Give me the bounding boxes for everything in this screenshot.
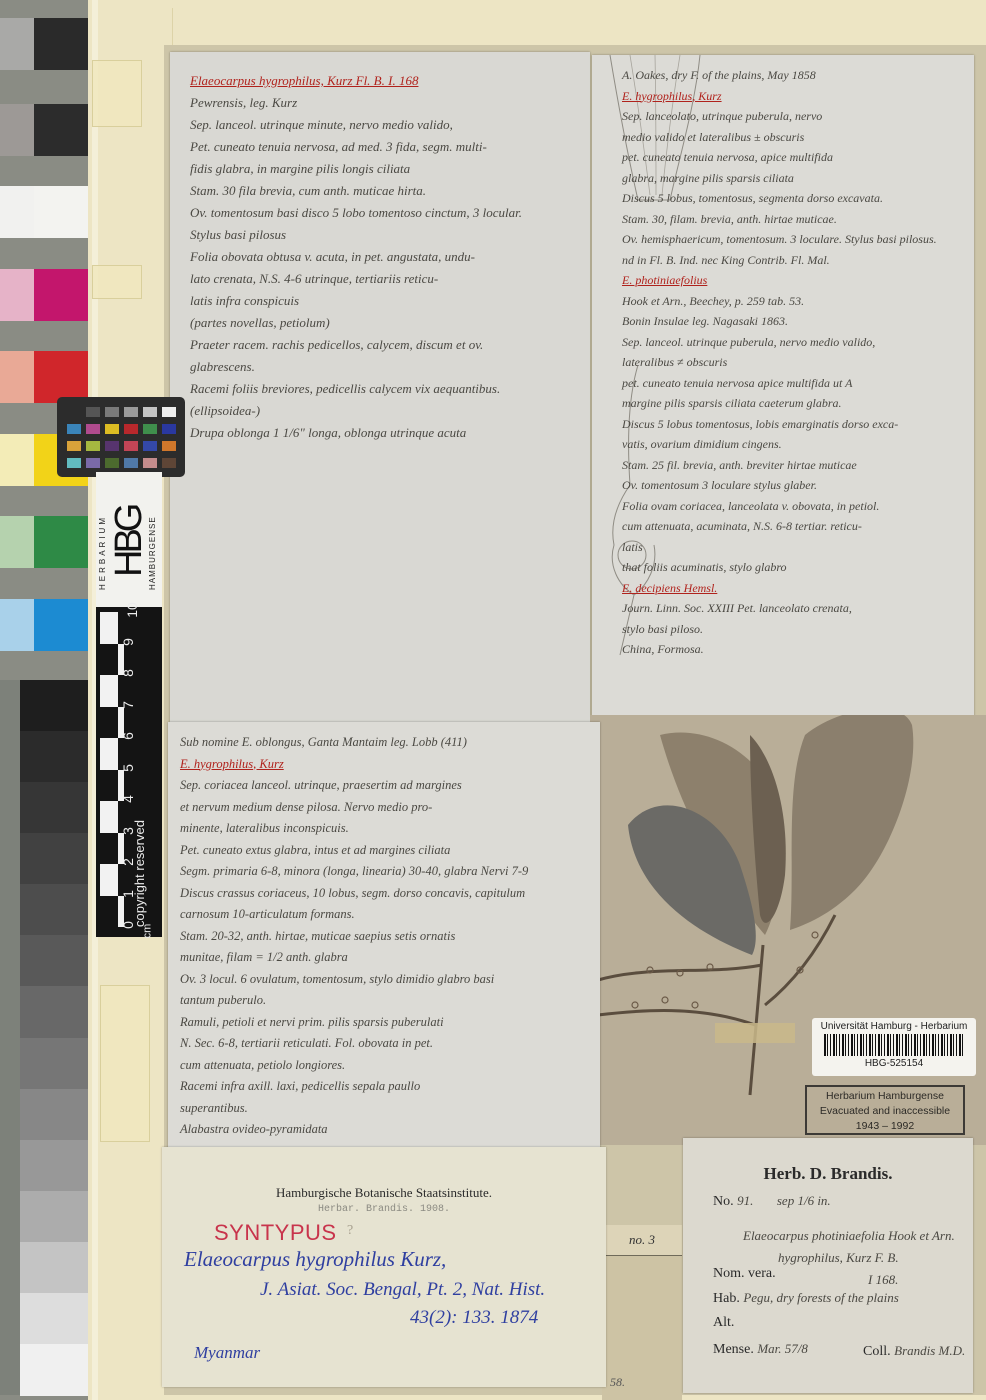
note-line: glabra, margine pilis sparsis ciliata <box>622 168 937 189</box>
gray-scale-step <box>20 986 92 1038</box>
note-line: Stam. 20-32, anth. hirtae, muticae saepi… <box>180 926 528 948</box>
note-line: Alabastra ovideo-pyramidata <box>180 1119 528 1141</box>
country: Myanmar <box>194 1343 260 1363</box>
note-line: et nervum medium dense pilosa. Nervo med… <box>180 797 528 819</box>
color-patch <box>0 18 34 70</box>
handwritten-notes: Elaeocarpus hygrophilus, Kurz Fl. B. I. … <box>190 70 522 444</box>
gray-scale-step <box>20 884 92 936</box>
note-line: Elaeocarpus hygrophilus, Kurz Fl. B. I. … <box>190 70 522 92</box>
herbarium-stamp: Herbar. Brandis. 1908. <box>162 1204 606 1215</box>
note-line: (partes novellas, petiolum) <box>190 312 522 334</box>
color-swatch <box>124 458 138 468</box>
note-line: N. Sec. 6-8, tertiarii reticulati. Fol. … <box>180 1033 528 1055</box>
ruler-tick-label: 9 <box>120 638 136 646</box>
stamp-line: Evacuated and inaccessible <box>807 1104 963 1119</box>
color-swatch <box>162 407 176 417</box>
note-line: E. hygrophilus, Kurz <box>622 86 937 107</box>
note-line: cum attenuata, petiolo longiores. <box>180 1055 528 1077</box>
ruler-tick-label: 1 <box>120 890 136 898</box>
gray-scale-step <box>20 1344 92 1396</box>
color-calibration-card <box>0 0 92 1400</box>
handwritten-notes: Sub nomine E. oblongus, Ganta Mantaim le… <box>180 732 528 1141</box>
note-line: Racemi foliis breviores, pedicellis caly… <box>190 378 522 400</box>
hbg-logo-icon: HBG <box>108 507 151 577</box>
gray-scale-step <box>20 1191 92 1243</box>
color-swatch <box>67 424 81 434</box>
note-line: Hook et Arn., Beechey, p. 259 tab. 53. <box>622 291 937 312</box>
citation-line-2: 43(2): 133. 1874 <box>410 1307 538 1329</box>
note-line: Segm. primaria 6-8, minora (longa, linea… <box>180 861 528 883</box>
note-line: Pet. cuneato extus glabra, intus et ad m… <box>180 840 528 862</box>
label-title: Herb. D. Brandis. <box>683 1164 973 1184</box>
note-line: medio valido et lateralibus ± obscuris <box>622 127 937 148</box>
ruler-tick-label: 5 <box>120 764 136 772</box>
color-swatch <box>67 458 81 468</box>
note-line: nd in Fl. B. Ind. nec King Contrib. Fl. … <box>622 250 937 271</box>
note-line: E. decipiens Hemsl. <box>622 578 937 599</box>
taxon-name: Elaeocarpus hygrophilus Kurz, <box>184 1247 446 1272</box>
gray-scale-step <box>20 833 92 885</box>
gray-scale-step <box>20 1242 92 1294</box>
color-patch <box>34 516 92 568</box>
note-line: Pewrensis, leg. Kurz <box>190 92 522 114</box>
note-line: vatis, ovarium dimidium cingens. <box>622 434 937 455</box>
leafy-branch-icon <box>590 715 986 1145</box>
field-value: Mar. 57/8 <box>757 1341 808 1356</box>
collector-label: Herb. D. Brandis. No. 91. sep 1/6 in. El… <box>683 1138 973 1393</box>
note-line: tantum puberulo. <box>180 990 528 1012</box>
ruler-segment <box>100 675 118 707</box>
type-status-query: ? <box>347 1223 353 1239</box>
color-swatch <box>143 424 157 434</box>
ruler-tick-label: 7 <box>120 701 136 709</box>
stamp-line: Herbarium Hamburgense <box>807 1089 963 1104</box>
note-line: latis infra conspicuis <box>190 290 522 312</box>
note-line: Folia ovam coriacea, lanceolata v. obova… <box>622 496 937 517</box>
note-line: fidis glabra, in margine pilis longis ci… <box>190 158 522 180</box>
institution-top: HERBARIUM <box>98 515 107 590</box>
color-patch <box>34 599 92 651</box>
note-line: Ov. 3 locul. 6 ovulatum, tomentosum, sty… <box>180 969 528 991</box>
ruler-segment <box>118 644 124 676</box>
note-line: Folia obovata obtusa v. acuta, in pet. a… <box>190 246 522 268</box>
ruler-segment <box>118 770 124 802</box>
dried-plant-specimen <box>590 715 986 1145</box>
note-line: glabrescens. <box>190 356 522 378</box>
color-patch <box>0 104 34 156</box>
ruler-segment <box>118 896 124 928</box>
field-value: Pegu, dry forests of the plains <box>743 1290 899 1305</box>
note-line: carnosum 10-articulatum formans. <box>180 904 528 926</box>
color-swatch <box>105 424 119 434</box>
note-line: Sub nomine E. oblongus, Ganta Mantaim le… <box>180 732 528 754</box>
color-patch <box>34 186 92 238</box>
tape-strip <box>100 985 150 1142</box>
stamp-line: 1943 – 1992 <box>807 1119 963 1134</box>
note-line: minente, lateralibus inconspicuis. <box>180 818 528 840</box>
packet-number: no. 3 <box>602 1225 682 1256</box>
ruler-segment <box>100 801 118 833</box>
ruler-tick-label: 3 <box>120 827 136 835</box>
color-swatch <box>67 441 81 451</box>
color-swatch <box>105 407 119 417</box>
altitude-label: Alt. <box>713 1315 734 1331</box>
color-swatch <box>86 441 100 451</box>
herbarium-logo-tag: HERBARIUM HBG HAMBURGENSE <box>96 472 162 607</box>
month-row: Mense. Mar. 57/8 <box>713 1341 808 1358</box>
ruler-segment <box>100 612 118 644</box>
barcode-institution: Universität Hamburg - Herbarium <box>812 1021 976 1032</box>
gray-scale-step <box>20 1293 92 1345</box>
note-line: that foliis acuminatis, stylo glabro <box>622 557 937 578</box>
annotation-packet-top-left: Elaeocarpus hygrophilus, Kurz Fl. B. I. … <box>170 52 590 722</box>
note-line: Pet. cuneato tenuia nervosa, ad med. 3 f… <box>190 136 522 158</box>
gray-scale-step <box>20 935 92 987</box>
color-patch <box>0 269 34 321</box>
color-patch-row <box>0 18 92 70</box>
ruler-unit: cm <box>141 924 153 939</box>
color-patch <box>34 18 92 70</box>
color-swatch <box>162 458 176 468</box>
field-label: Mense. <box>713 1342 754 1357</box>
field-label: Hab. <box>713 1291 740 1306</box>
note-line: munitae, filam = 1/2 anth. glabra <box>180 947 528 969</box>
note-line: pet. cuneato tenuia nervosa, apice multi… <box>622 147 937 168</box>
note-line: lateralibus ≠ obscuris <box>622 352 937 373</box>
field-value: 91. <box>737 1193 753 1208</box>
gray-scale-step <box>20 731 92 783</box>
note-line: Ov. tomentosum basi disco 5 lobo tomento… <box>190 202 522 224</box>
evacuation-stamp: Herbarium Hamburgense Evacuated and inac… <box>805 1085 965 1135</box>
habitat-row: Hab. Pegu, dry forests of the plains <box>713 1290 899 1307</box>
note-line: E. photiniaefolius <box>622 270 937 291</box>
ruler-segment <box>118 707 124 739</box>
note-line: Stam. 30 fila brevia, cum anth. muticae … <box>190 180 522 202</box>
institution-bottom: HAMBURGENSE <box>148 516 157 590</box>
note-line: Stylus basi pilosus <box>190 224 522 246</box>
nom-vera-label: Nom. vera. <box>713 1266 776 1282</box>
type-status-stamp: SYNTYPUS <box>214 1220 337 1246</box>
note-line: margine pilis sparsis ciliata caeterum g… <box>622 393 937 414</box>
note-line: E. hygrophilus, Kurz <box>180 754 528 776</box>
annotation-packet-bottom-left: Sub nomine E. oblongus, Ganta Mantaim le… <box>168 722 600 1152</box>
color-patch-row <box>0 186 92 238</box>
barcode-id: HBG-525154 <box>812 1058 976 1069</box>
color-patch <box>34 269 92 321</box>
note-line: Sep. coriacea lanceol. utrinque, praeser… <box>180 775 528 797</box>
color-checker-chart <box>57 397 185 477</box>
color-swatch <box>86 407 100 417</box>
color-swatch <box>105 441 119 451</box>
note-line: superantibus. <box>180 1098 528 1120</box>
color-swatch <box>105 458 119 468</box>
gray-scale-step <box>20 782 92 834</box>
gray-scale-step <box>20 680 92 732</box>
note-line: cum attenuata, acuminata, N.S. 6-8 terti… <box>622 516 937 537</box>
type-specimen-label: Hamburgische Botanische Staatsinstitute.… <box>162 1147 606 1387</box>
color-patch <box>0 351 34 403</box>
note-line: latis <box>622 537 937 558</box>
note-line: Sep. lanceol. utrinque minute, nervo med… <box>190 114 522 136</box>
note-line: Stam. 25 fil. brevia, anth. breviter hir… <box>622 455 937 476</box>
taxon-name-line-3: I 168. <box>868 1272 898 1288</box>
ruler-segment <box>118 833 124 865</box>
citation-line-1: J. Asiat. Soc. Bengal, Pt. 2, Nat. Hist. <box>260 1279 545 1301</box>
note-line: (ellipsoidea-) <box>190 400 522 422</box>
note-line: Discus 5 lobus tomentosus, lobis emargin… <box>622 414 937 435</box>
packet-number-tag: no. 3 58. <box>602 1225 682 1400</box>
note-line: Ov. hemisphaericum, tomentosum. 3 locula… <box>622 229 937 250</box>
gray-scale-border <box>0 680 20 1395</box>
tape-strip <box>92 60 142 127</box>
gray-scale-step <box>20 1089 92 1141</box>
color-swatch <box>124 441 138 451</box>
color-patch <box>0 599 34 651</box>
scale-ruler: copyright reserved 012345678910cm <box>96 607 162 937</box>
color-patch <box>34 351 92 403</box>
tape-strip <box>92 265 142 299</box>
note-line: pet. cuneato tenuia nervosa apice multif… <box>622 373 937 394</box>
field-note: sep 1/6 in. <box>777 1193 831 1208</box>
note-line: Discus 5 lobus, tomentosus, segmenta dor… <box>622 188 937 209</box>
color-patch-row <box>0 599 92 651</box>
note-line: Racemi infra axill. laxi, pedicellis sep… <box>180 1076 528 1098</box>
note-line: Sep. lanceol. utrinque puberula, nervo m… <box>622 332 937 353</box>
note-line: China, Formosa. <box>622 639 937 660</box>
gray-scale-step <box>20 1140 92 1192</box>
handwritten-notes: A. Oakes, dry F. of the plains, May 1858… <box>622 65 937 660</box>
field-value: Brandis M.D. <box>894 1343 965 1358</box>
note-line: stylo basi piloso. <box>622 619 937 640</box>
note-line: Ramuli, petioli et nervi prim. pilis spa… <box>180 1012 528 1034</box>
ruler-segment <box>100 864 118 896</box>
color-patch <box>0 516 34 568</box>
color-swatch <box>86 458 100 468</box>
barcode-label: Universität Hamburg - Herbarium HBG-5251… <box>812 1018 976 1076</box>
field-label: No. <box>713 1194 734 1209</box>
color-swatch <box>162 441 176 451</box>
color-swatch <box>143 458 157 468</box>
note-line: Praeter racem. rachis pedicellos, calyce… <box>190 334 522 356</box>
copyright-notice: copyright reserved <box>132 820 147 927</box>
note-line: Drupa oblonga 1 1/6" longa, oblonga utri… <box>190 422 522 444</box>
barcode-icon <box>824 1034 964 1056</box>
note-line: Discus crassus coriaceus, 10 lobus, segm… <box>180 883 528 905</box>
taxon-name-line-1: Elaeocarpus photiniaefolia Hook et Arn. <box>743 1228 955 1244</box>
color-swatch <box>143 441 157 451</box>
taxon-name-line-2: hygrophilus, Kurz F. B. <box>778 1250 899 1266</box>
annotation-packet-top-right: A. Oakes, dry F. of the plains, May 1858… <box>592 55 974 717</box>
note-line: Stam. 30, filam. brevia, anth. hirtae mu… <box>622 209 937 230</box>
color-patch <box>0 186 34 238</box>
color-swatch <box>162 424 176 434</box>
note-line: Ov. tomentosum 3 loculare stylus glaber. <box>622 475 937 496</box>
color-patch-row <box>0 516 92 568</box>
ruler-segment <box>100 738 118 770</box>
color-patch-row <box>0 269 92 321</box>
note-line: lato crenata, N.S. 4-6 utrinque, tertiar… <box>190 268 522 290</box>
collector-row: Coll. Brandis M.D. <box>863 1343 965 1360</box>
color-swatch <box>143 407 157 417</box>
color-swatch <box>67 407 81 417</box>
color-patch <box>34 104 92 156</box>
color-swatch <box>124 407 138 417</box>
label-number-row: No. 91. sep 1/6 in. <box>713 1193 831 1210</box>
color-swatch <box>86 424 100 434</box>
color-patch-row <box>0 104 92 156</box>
institution-name: Hamburgische Botanische Staatsinstitute. <box>162 1185 606 1201</box>
note-line: A. Oakes, dry F. of the plains, May 1858 <box>622 65 937 86</box>
color-patch-row <box>0 351 92 403</box>
gray-scale-step <box>20 1038 92 1090</box>
field-label: Coll. <box>863 1344 891 1359</box>
note-line: Journ. Linn. Soc. XXIII Pet. lanceolato … <box>622 598 937 619</box>
ruler-tick-label: 10 <box>124 602 140 618</box>
color-swatch <box>124 424 138 434</box>
packet-scribble: 58. <box>610 1375 625 1390</box>
note-line: Bonin Insulae leg. Nagasaki 1863. <box>622 311 937 332</box>
note-line: Sep. lanceolato, utrinque puberula, nerv… <box>622 106 937 127</box>
color-patch <box>0 434 34 486</box>
